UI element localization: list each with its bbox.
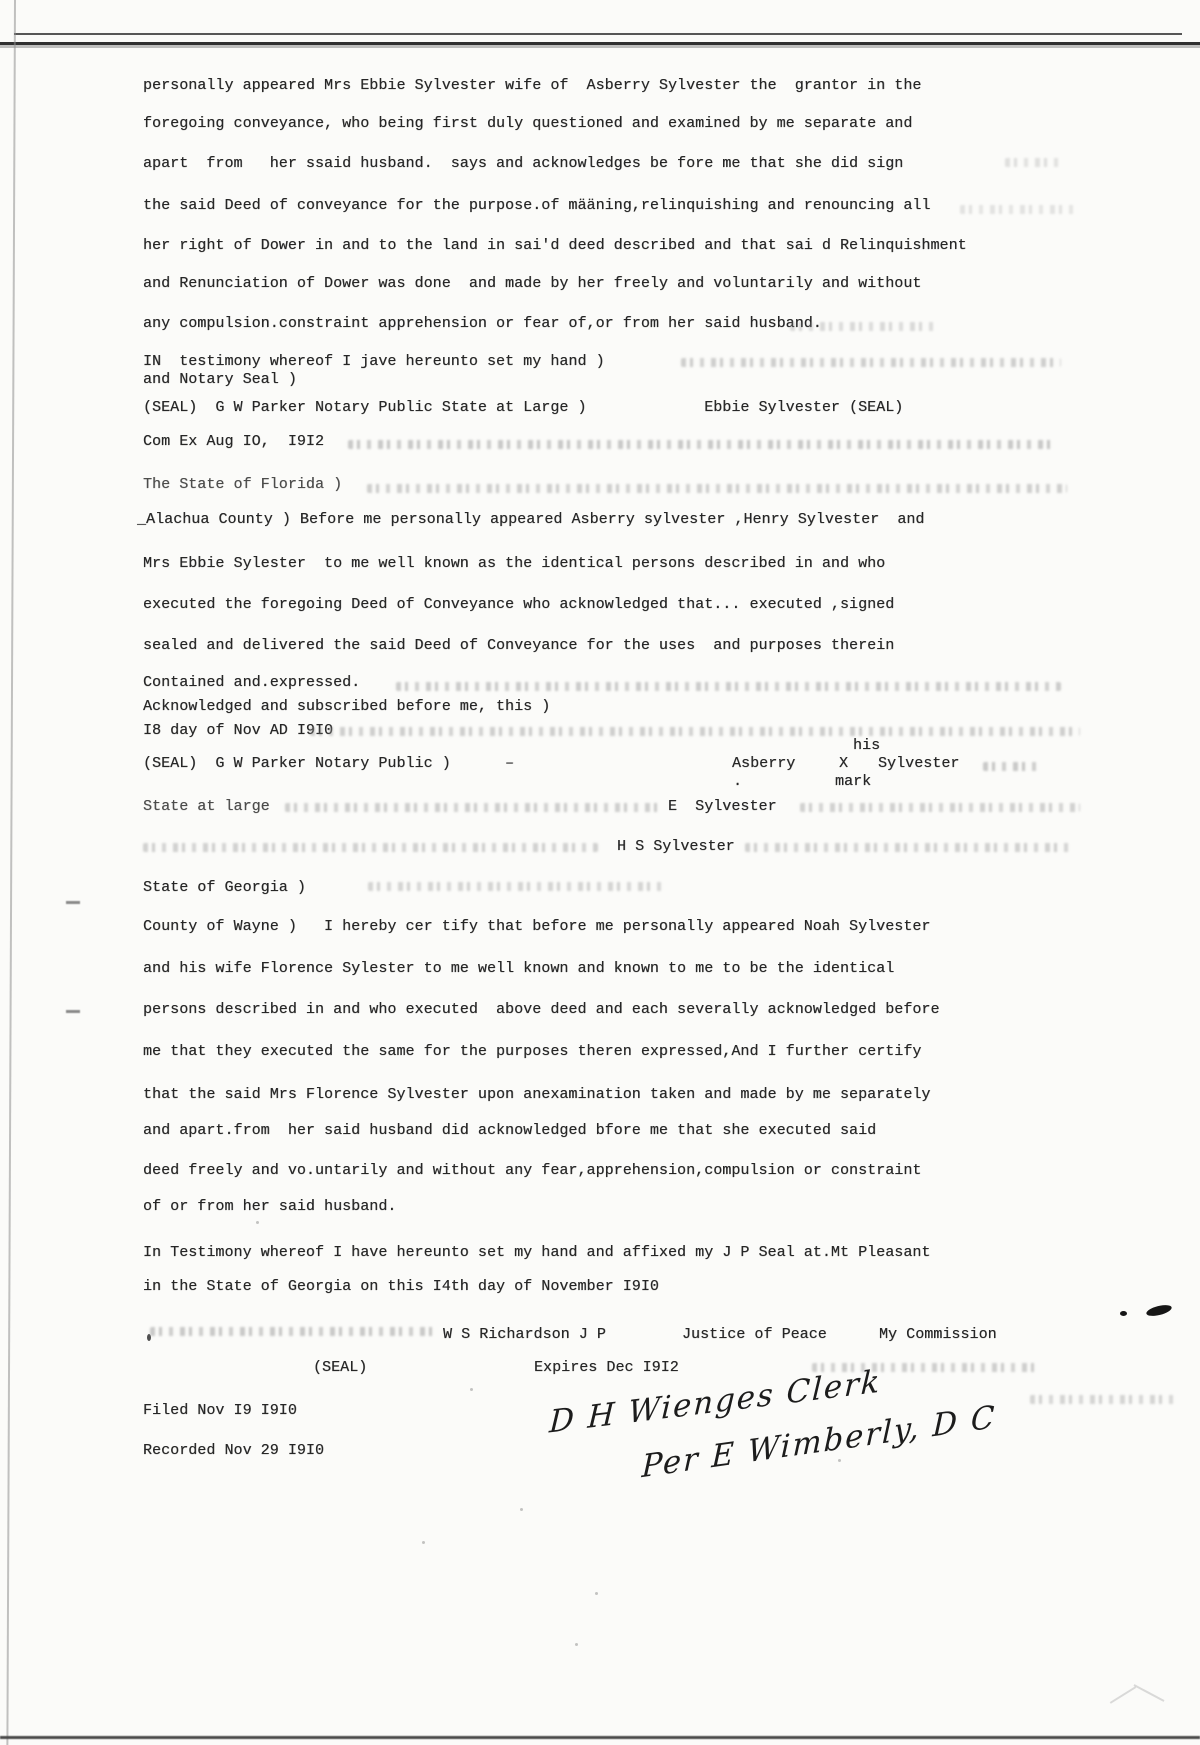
- scan-speck: [838, 1459, 841, 1462]
- alachua-line-7: I8 day of Nov AD I9I0: [143, 721, 333, 740]
- x-mark: X: [839, 754, 848, 773]
- wayne-line-2: and his wife Florence Sylester to me wel…: [143, 959, 894, 978]
- asberry-signature: Asberry: [732, 754, 795, 773]
- ink-blot-large: [1145, 1303, 1172, 1318]
- parker-seal-line: (SEAL) G W Parker Notary Public ) –: [143, 754, 514, 773]
- jp-commission-label: My Commission: [879, 1325, 997, 1344]
- mark-label: mark: [835, 772, 871, 791]
- scan-speck: [575, 1643, 578, 1646]
- scan-smudge: [396, 682, 1061, 691]
- fl-seal-line: (SEAL) G W Parker Notary Public State at…: [143, 398, 903, 417]
- left-edge-line: [6, 0, 16, 1745]
- scan-smudge: [812, 1363, 1037, 1372]
- scan-smudge: [150, 1327, 435, 1336]
- alachua-line-2: Mrs Ebbie Sylester to me well known as t…: [143, 554, 885, 573]
- wayne-line-3: persons described in and who executed ab…: [143, 1000, 940, 1019]
- ink-blot-small: [1120, 1311, 1127, 1316]
- scan-smudge: [367, 484, 1067, 493]
- scan-speck: [256, 1221, 259, 1224]
- alachua-line-4: sealed and delivered the said Deed of Co…: [143, 636, 894, 655]
- recorded-line: Recorded Nov 29 I9I0: [143, 1441, 324, 1460]
- jp-officer-title: Justice of Peace: [682, 1325, 827, 1344]
- filed-line: Filed Nov I9 I9I0: [143, 1401, 297, 1420]
- his-label: his: [853, 736, 880, 755]
- state-at-large-line: State at large: [143, 797, 270, 816]
- wayne-line-5: that the said Mrs Florence Sylvester upo…: [143, 1085, 930, 1104]
- scan-smudge: [143, 843, 598, 852]
- hs-sylvester-signature: H S Sylvester: [617, 837, 735, 856]
- mark-dot: .: [733, 772, 742, 791]
- fl-testimony-line-1: IN testimony whereof I jave hereunto set…: [143, 352, 605, 371]
- wayne-line-7: deed freely and vo.untarily and without …: [143, 1161, 921, 1180]
- scan-smudge: [1030, 1395, 1180, 1404]
- margin-mark-2: [66, 1010, 80, 1013]
- wayne-line-4: me that they executed the same for the p…: [143, 1042, 921, 1061]
- ack-line-5: her right of Dower in and to the land in…: [143, 236, 967, 255]
- corner-fold-mark-right: [1134, 1684, 1165, 1702]
- top-rule-thick: [0, 42, 1200, 45]
- scan-speck: [422, 1541, 425, 1544]
- fl-testimony-line-2: and Notary Seal ): [143, 370, 297, 389]
- ack-line-1: personally appeared Mrs Ebbie Sylvester …: [143, 76, 921, 95]
- wayne-line-8: of or from her said husband.: [143, 1197, 396, 1216]
- ga-testimony-line-2: in the State of Georgia on this I4th day…: [143, 1277, 659, 1296]
- ga-testimony-line-1: In Testimony whereof I have hereunto set…: [143, 1243, 930, 1262]
- top-rule-thin: [14, 33, 1182, 35]
- jp-officer-name: W S Richardson J P: [443, 1325, 606, 1344]
- alachua-line-6: Acknowledged and subscribed before me, t…: [143, 697, 550, 716]
- asberry-surname: Sylvester: [878, 754, 959, 773]
- ack-line-2: foregoing conveyance, who being first du…: [143, 114, 912, 133]
- ack-line-7: any compulsion.constraint apprehension o…: [143, 314, 822, 333]
- scan-speck: [470, 1388, 473, 1391]
- wayne-line-1: County of Wayne ) I hereby cer tify that…: [143, 917, 930, 936]
- jp-expires-line: Expires Dec I9I2: [534, 1358, 679, 1377]
- scan-smudge: [285, 803, 660, 812]
- scan-smudge: [368, 882, 668, 891]
- ga-state-line: State of Georgia ): [143, 878, 306, 897]
- ack-line-3: apart from her ssaid husband. says and a…: [143, 154, 903, 173]
- ack-line-4: the said Deed of conveyance for the purp…: [143, 196, 930, 215]
- scan-smudge: [745, 843, 1070, 852]
- scanned-deed-page: personally appeared Mrs Ebbie Sylvester …: [0, 0, 1200, 1745]
- scan-smudge: [681, 358, 1061, 367]
- fl-state-line: The State of Florida ): [143, 475, 342, 494]
- scan-smudge: [310, 727, 1080, 736]
- wayne-line-6: and apart.from her said husband did ackn…: [143, 1121, 876, 1140]
- corner-fold-mark-left: [1110, 1686, 1137, 1704]
- e-sylvester-signature: E Sylvester: [668, 797, 777, 816]
- alachua-line-1: _Alachua County ) Before me personally a…: [137, 510, 924, 529]
- scan-speck: [595, 1592, 598, 1595]
- jp-seal-label: (SEAL): [313, 1358, 367, 1377]
- bottom-edge-line: [0, 1736, 1200, 1739]
- alachua-line-5: Contained and.expressed.: [143, 673, 360, 692]
- scan-smudge: [348, 440, 1053, 449]
- scan-smudge: [960, 205, 1080, 214]
- fl-commission-line: Com Ex Aug IO, I9I2: [143, 432, 324, 451]
- scan-speck: [520, 1508, 523, 1511]
- scan-smudge: [800, 803, 1080, 812]
- ack-line-6: and Renunciation of Dower was done and m…: [143, 274, 921, 293]
- scan-smudge: [790, 322, 940, 331]
- alachua-line-3: executed the foregoing Deed of Conveyanc…: [143, 595, 894, 614]
- margin-mark-1: [66, 901, 80, 904]
- scan-smudge: [983, 762, 1041, 771]
- scan-smudge: [1005, 158, 1065, 167]
